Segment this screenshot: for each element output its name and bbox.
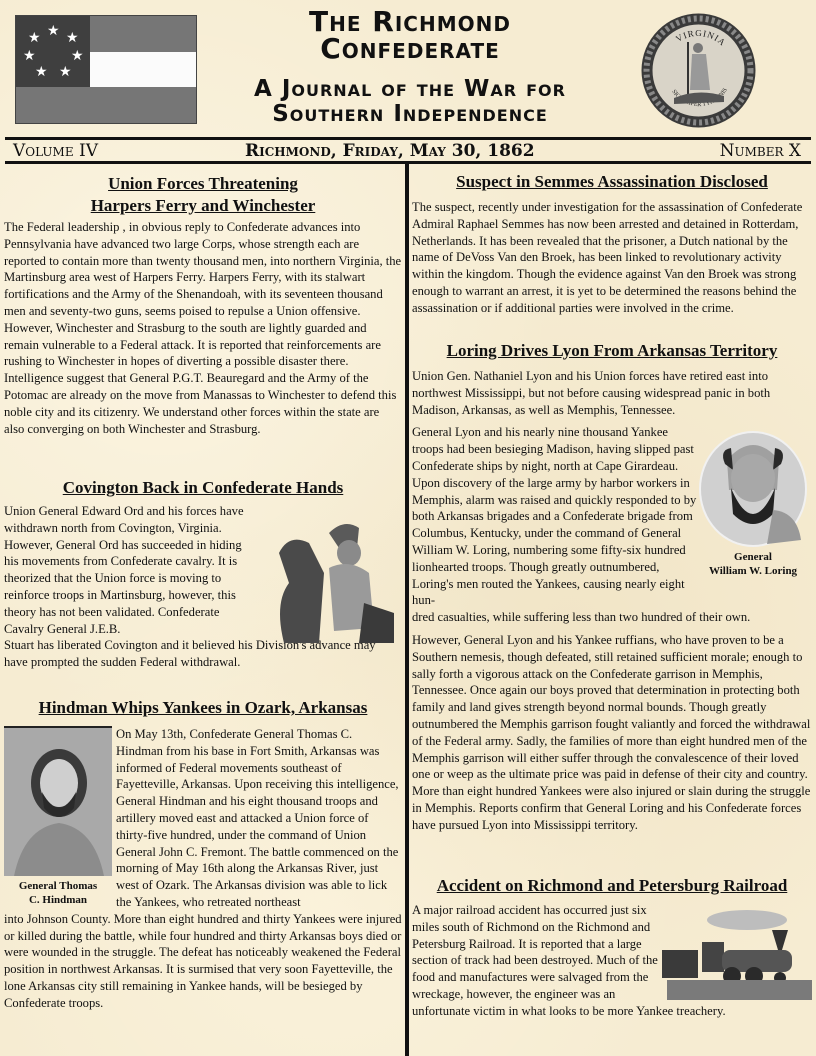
article-loring: Loring Drives Lyon From Arkansas Territo… <box>412 340 812 834</box>
newspaper-title-line2: Confederate <box>200 35 620 62</box>
newspaper-subtitle-line2: Southern Independence <box>200 103 620 126</box>
headline: Hindman Whips Yankees in Ozark, Arkansas <box>4 697 402 719</box>
photo-caption: General William W. Loring <box>694 550 812 578</box>
star-icon: ★ <box>35 65 48 79</box>
flag-canton: ★ ★ ★ ★ ★ ★ ★ <box>16 16 90 87</box>
cavalry-officer-icon <box>269 513 394 643</box>
portrait-hindman-icon <box>4 726 112 876</box>
flag-white-bar <box>90 52 196 87</box>
article-paragraph: Union Gen. Nathaniel Lyon and his Union … <box>412 368 812 418</box>
loring-portrait-figure: General William W. Loring <box>694 430 812 578</box>
star-icon: ★ <box>59 65 72 79</box>
star-icon: ★ <box>23 49 36 63</box>
volume-label: Volume IV <box>13 141 98 161</box>
newspaper-title-line1: The Richmond <box>200 8 620 35</box>
star-icon: ★ <box>71 49 84 63</box>
article-body: into Johnson County. More than eight hun… <box>4 911 402 1012</box>
headline: Loring Drives Lyon From Arkansas Territo… <box>412 340 812 362</box>
article-railroad: Accident on Richmond and Petersburg Rail… <box>412 875 812 1020</box>
portrait-loring-icon <box>697 430 809 548</box>
article-paragraph: However, General Lyon and his Yankee ruf… <box>412 632 812 834</box>
article-body: The Federal leadership , in obvious repl… <box>4 219 402 437</box>
article-body: unfortunate victim in what looks to be m… <box>412 1003 812 1020</box>
article-hindman: Hindman Whips Yankees in Ozark, Arkansas… <box>4 697 402 1012</box>
virginia-seal-icon: VIRGINIA SIC SEMPER TYRANNIS <box>640 12 757 129</box>
headline: Accident on Richmond and Petersburg Rail… <box>412 875 812 897</box>
star-icon: ★ <box>28 31 41 45</box>
headline: Suspect in Semmes Assassination Disclose… <box>412 171 812 193</box>
photo-caption: General Thomas C. Hindman <box>4 879 112 907</box>
hindman-portrait-figure: General Thomas C. Hindman <box>4 726 112 907</box>
headline: Covington Back in Confederate Hands <box>4 477 402 499</box>
steam-locomotive-icon <box>662 902 812 1002</box>
masthead: The Richmond Confederate A Journal of th… <box>200 8 620 126</box>
issue-number: Number X <box>720 141 801 161</box>
headline: Union Forces Threatening Harpers Ferry a… <box>4 173 402 217</box>
issue-date: Richmond, Friday, May 30, 1862 <box>245 141 535 161</box>
article-semmes: Suspect in Semmes Assassination Disclose… <box>412 171 812 317</box>
newspaper-subtitle-line1: A Journal of the War for <box>200 78 620 101</box>
article-paragraph: dred casualties, while suffering less th… <box>412 609 812 626</box>
dateline: Volume IV Richmond, Friday, May 30, 1862… <box>5 140 811 162</box>
article-covington: Covington Back in Confederate Hands Unio… <box>4 477 402 671</box>
star-icon: ★ <box>47 24 60 38</box>
article-harpers-ferry: Union Forces Threatening Harpers Ferry a… <box>4 173 402 437</box>
article-body-wrapped: On May 13th, Confederate General Thomas … <box>116 726 402 911</box>
article-paragraph-wrapped: General Lyon and his nearly nine thousan… <box>412 424 697 609</box>
article-body-wrapped: A major railroad accident has occurred j… <box>412 902 667 1003</box>
article-body: The suspect, recently under investigatio… <box>412 199 812 317</box>
article-body-wrapped: Union General Edward Ord and his forces … <box>4 503 259 637</box>
star-icon: ★ <box>66 31 79 45</box>
column-divider <box>405 163 409 1056</box>
confederate-flag-icon: ★ ★ ★ ★ ★ ★ ★ <box>15 15 197 124</box>
